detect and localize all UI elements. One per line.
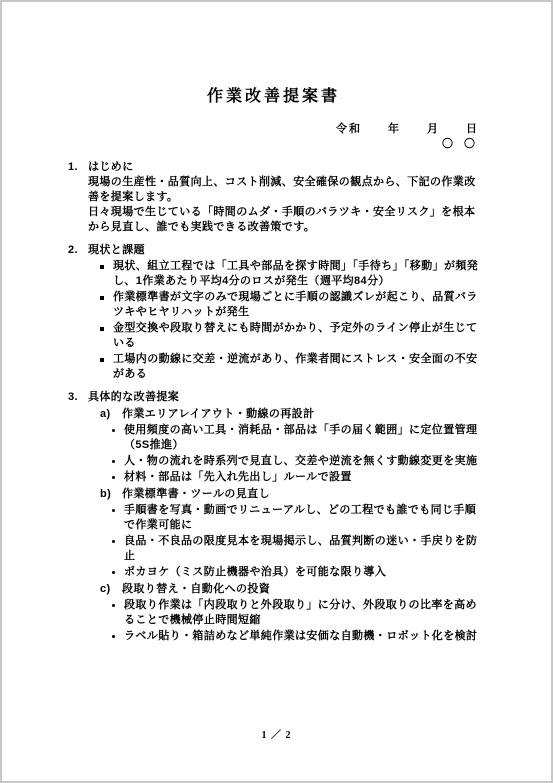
subsection-setup-automation: c) 段取り替え・自動化への投資 段取り作業は「内段取りと外段取り」に分け、外段…: [88, 582, 479, 644]
list-item-text: 良品・不良品の限度見本を現場掲示し、品質判断の迷い・手戻りを防止: [124, 534, 479, 564]
document-page: 作業改善提案書 令和 年 月 日 〇 〇 1. はじめに 現場の生産性・品質向上…: [0, 0, 553, 783]
section-number: 1.: [68, 160, 88, 175]
section-title: 現状と課題: [88, 243, 479, 258]
list-item: 工場内の動線に交差・逆流があり、作業者間にストレス・安全面の不安がある: [100, 352, 479, 382]
list-item-text: 現状、組立工程では「工具や部品を探す時間」「手待ち」「移動」が頻発し、1作業あた…: [113, 259, 479, 289]
list-item-text: 材料・部品は「先入れ先出し」ルールで設置: [124, 470, 479, 485]
list-item: 金型交換や段取り替えにも時間がかかり、予定外のライン停止が生じている: [100, 321, 479, 351]
section-body: 現状、組立工程では「工具や部品を探す時間」「手待ち」「移動」が頻発し、1作業あた…: [88, 259, 479, 382]
dot-bullet-icon: [112, 635, 115, 638]
list-item: 作業標準書が文字のみで現場ごとに手順の認識ズレが起こり、品質バラツキやヒヤリハッ…: [100, 290, 479, 320]
subsection-layout-redesign: a) 作業エリアレイアウト・動線の再設計 使用頻度の高い工具・消耗品・部品は「手…: [88, 407, 479, 485]
subsection-standards-review: b) 作業標準書・ツールの見直し 手順書を写真・動画でリニューアルし、どの工程で…: [88, 487, 479, 580]
subsection-heading: c) 段取り替え・自動化への投資: [100, 582, 479, 597]
dot-bullet-icon: [112, 509, 115, 512]
subsection-heading: b) 作業標準書・ツールの見直し: [100, 487, 479, 502]
date-block: 令和 年 月 日 〇 〇: [68, 122, 479, 152]
list-item: 現状、組立工程では「工具や部品を探す時間」「手待ち」「移動」が頻発し、1作業あた…: [100, 259, 479, 289]
list-item: ポカヨケ（ミス防止機器や治具）を可能な限り導入: [112, 565, 479, 580]
paragraph: 現場の生産性・品質向上、コスト削減、安全確保の観点から、下記の作業改善を提案しま…: [88, 175, 479, 205]
list-item-text: 作業標準書が文字のみで現場ごとに手順の認識ズレが起こり、品質バラツキやヒヤリハッ…: [113, 290, 479, 320]
list-item-text: 段取り作業は「内段取りと外段取り」に分け、外段取りの比率を高めることで機械停止時…: [124, 598, 479, 628]
page-title: 作業改善提案書: [68, 88, 479, 106]
page-number: 1 ／ 2: [2, 726, 551, 741]
date-line: 令和 年 月 日: [68, 122, 479, 137]
dot-bullet-icon: [112, 429, 115, 432]
subsection-title: 段取り替え・自動化への投資: [122, 582, 479, 597]
section-introduction: 1. はじめに 現場の生産性・品質向上、コスト削減、安全確保の観点から、下記の作…: [68, 160, 479, 235]
list-item: 段取り作業は「内段取りと外段取り」に分け、外段取りの比率を高めることで機械停止時…: [112, 598, 479, 628]
document-content: 作業改善提案書 令和 年 月 日 〇 〇 1. はじめに 現場の生産性・品質向上…: [2, 2, 551, 644]
section-body: 現場の生産性・品質向上、コスト削減、安全確保の観点から、下記の作業改善を提案しま…: [88, 175, 479, 235]
dot-bullet-icon: [112, 604, 115, 607]
signature-placeholder: 〇 〇: [68, 137, 479, 152]
paragraph: 日々現場で生じている「時間のムダ・手順のバラツキ・安全リスク」を根本から見直し、…: [88, 205, 479, 235]
square-bullet-icon: [100, 296, 104, 300]
list-item-text: 手順書を写真・動画でリニューアルし、どの工程でも誰でも同じ手順で作業可能に: [124, 503, 479, 533]
square-bullet-icon: [100, 327, 104, 331]
section-current-issues: 2. 現状と課題 現状、組立工程では「工具や部品を探す時間」「手待ち」「移動」が…: [68, 243, 479, 382]
list-item: 人・物の流れを時系列で見直し、交差や逆流を無くす動線変更を実施: [112, 454, 479, 469]
list-item-text: 工場内の動線に交差・逆流があり、作業者間にストレス・安全面の不安がある: [113, 352, 479, 382]
square-bullet-icon: [100, 265, 104, 269]
list-item: 材料・部品は「先入れ先出し」ルールで設置: [112, 470, 479, 485]
list-item: 手順書を写真・動画でリニューアルし、どの工程でも誰でも同じ手順で作業可能に: [112, 503, 479, 533]
subsection-heading: a) 作業エリアレイアウト・動線の再設計: [100, 407, 479, 422]
dot-bullet-icon: [112, 540, 115, 543]
section-improvement-proposals: 3. 具体的な改善提案 a) 作業エリアレイアウト・動線の再設計 使用頻度の高い…: [68, 390, 479, 644]
list-item-text: ポカヨケ（ミス防止機器や治具）を可能な限り導入: [124, 565, 479, 580]
subsection-title: 作業エリアレイアウト・動線の再設計: [122, 407, 479, 422]
list-item: 使用頻度の高い工具・消耗品・部品は「手の届く範囲」に定位置管理（5S推進）: [112, 423, 479, 453]
list-item-text: ラベル貼り・箱詰めなど単純作業は安価な自動機・ロボット化を検討: [124, 629, 479, 644]
section-body: a) 作業エリアレイアウト・動線の再設計 使用頻度の高い工具・消耗品・部品は「手…: [88, 407, 479, 644]
section-heading: 3. 具体的な改善提案: [68, 390, 479, 405]
section-title: 具体的な改善提案: [88, 390, 479, 405]
dot-bullet-icon: [112, 476, 115, 479]
section-heading: 2. 現状と課題: [68, 243, 479, 258]
subsection-label: b): [100, 487, 122, 502]
dot-bullet-icon: [112, 460, 115, 463]
list-item-text: 金型交換や段取り替えにも時間がかかり、予定外のライン停止が生じている: [113, 321, 479, 351]
list-item: ラベル貼り・箱詰めなど単純作業は安価な自動機・ロボット化を検討: [112, 629, 479, 644]
list-item-text: 人・物の流れを時系列で見直し、交差や逆流を無くす動線変更を実施: [124, 454, 479, 469]
section-number: 3.: [68, 390, 88, 405]
dot-bullet-icon: [112, 571, 115, 574]
list-item-text: 使用頻度の高い工具・消耗品・部品は「手の届く範囲」に定位置管理（5S推進）: [124, 423, 479, 453]
square-bullet-icon: [100, 358, 104, 362]
section-heading: 1. はじめに: [68, 160, 479, 175]
section-number: 2.: [68, 243, 88, 258]
list-item: 良品・不良品の限度見本を現場掲示し、品質判断の迷い・手戻りを防止: [112, 534, 479, 564]
subsection-label: a): [100, 407, 122, 422]
subsection-label: c): [100, 582, 122, 597]
subsection-title: 作業標準書・ツールの見直し: [122, 487, 479, 502]
section-title: はじめに: [88, 160, 479, 175]
